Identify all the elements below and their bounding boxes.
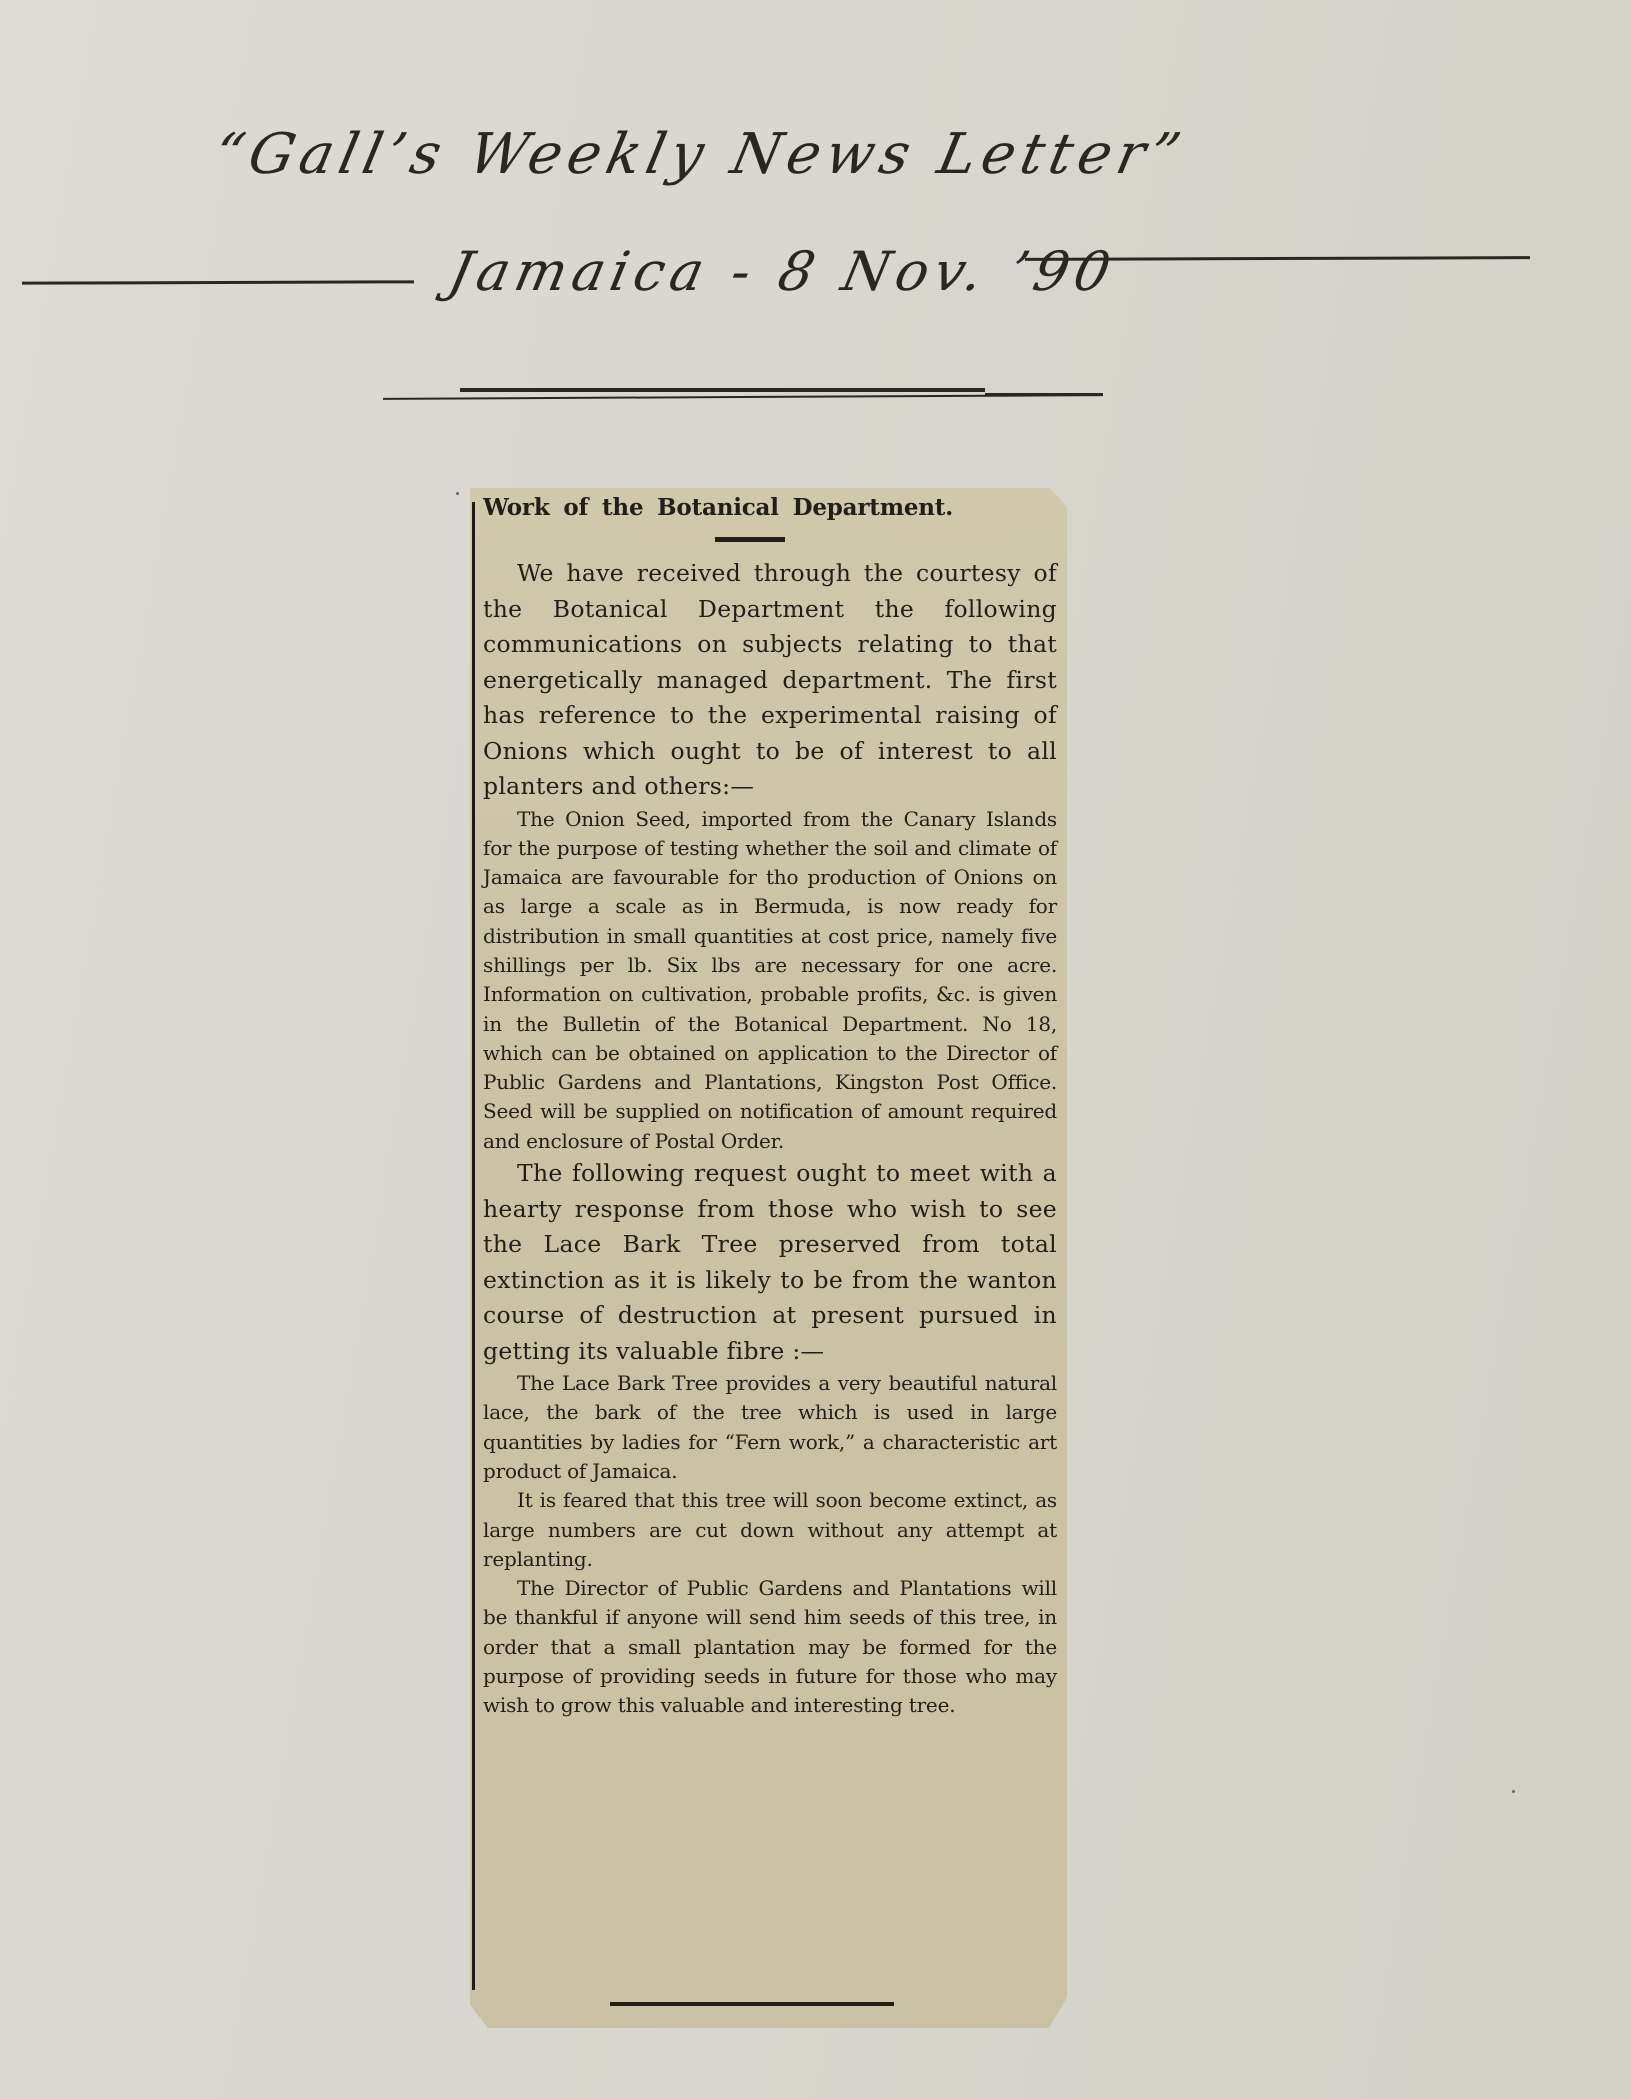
article-end-rule <box>610 2002 894 2006</box>
article-paragraph: The Lace Bark Tree provides a very beaut… <box>483 1369 1057 1486</box>
ink-underline <box>460 388 985 392</box>
article-paragraph: The following request ought to meet with… <box>483 1156 1057 1369</box>
ink-rule-left <box>22 280 414 284</box>
article-paragraph: The Onion Seed, imported from the Canary… <box>483 805 1057 1157</box>
article-paragraph: The Director of Public Gardens and Plant… <box>483 1574 1057 1720</box>
clipping-body: Work of the Botanical Department. We hav… <box>483 488 1057 1721</box>
handwritten-title: “Gall’s Weekly News Letter” <box>208 122 1192 187</box>
article-paragraph: It is feared that this tree will soon be… <box>483 1486 1057 1574</box>
column-rule <box>472 502 475 1990</box>
ink-rule-right <box>1025 256 1530 261</box>
paper-speck <box>456 492 459 495</box>
headline-dash-rule <box>715 537 785 542</box>
paper-speck <box>1512 1790 1515 1793</box>
newspaper-clipping: Work of the Botanical Department. We hav… <box>470 488 1067 2028</box>
article-headline: Work of the Botanical Department. <box>483 494 1057 521</box>
ink-underline <box>985 393 1103 396</box>
handwritten-date: Jamaica - 8 Nov. ’90 <box>443 240 1122 303</box>
article-paragraph: We have received through the courtesy of… <box>483 556 1057 805</box>
